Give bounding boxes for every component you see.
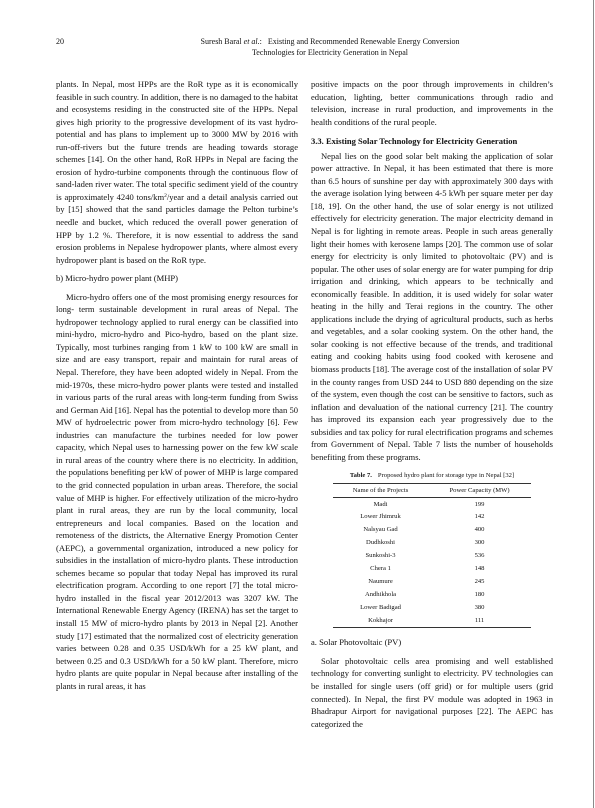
power-capacity: 199 <box>428 498 531 511</box>
page-edge-divider <box>593 0 594 808</box>
power-capacity: 536 <box>428 550 531 563</box>
project-name: Andhikhola <box>333 589 428 602</box>
table-7: Table 7.Proposed hydro plant for storage… <box>311 471 553 628</box>
table-caption-text: Proposed hydro plant for storage type in… <box>378 472 514 479</box>
project-name: Madi <box>333 498 428 511</box>
power-capacity: 245 <box>428 576 531 589</box>
power-capacity: 142 <box>428 511 531 524</box>
project-name: Kokhajor <box>333 614 428 627</box>
table-row: Dudhkoshi300 <box>333 537 531 550</box>
left-paragraph-2: Micro-hydro offers one of the most promi… <box>56 291 298 693</box>
power-capacity: 111 <box>428 614 531 627</box>
table-caption: Table 7.Proposed hydro plant for storage… <box>311 471 553 480</box>
column-header-capacity: Power Capacity (MW) <box>428 484 531 498</box>
header-separator: : <box>260 37 262 46</box>
table-row: Andhikhola180 <box>333 589 531 602</box>
header-title-line2: Technologies for Electricity Generation … <box>120 48 540 59</box>
project-name: Naumure <box>333 576 428 589</box>
section-heading-solar: 3.3. Existing Solar Technology for Elect… <box>311 135 553 148</box>
subheading-solar-pv: a. Solar Photovoltaic (PV) <box>311 636 553 649</box>
project-name: Sunkoshi-3 <box>333 550 428 563</box>
table-row: Lower Jhimruk142 <box>333 511 531 524</box>
running-header: Suresh Baral et al.: Existing and Recomm… <box>120 37 540 58</box>
running-header-line1: Suresh Baral et al.: Existing and Recomm… <box>120 37 540 48</box>
project-name: Chera 1 <box>333 563 428 576</box>
project-name: Lower Jhimruk <box>333 511 428 524</box>
project-name: Dudhkoshi <box>333 537 428 550</box>
right-paragraph-3: Solar photovoltaic cells area promising … <box>311 655 553 730</box>
table-row: Madi199 <box>333 498 531 511</box>
left-p1-text: plants. In Nepal, most HPPs are the RoR … <box>56 79 298 202</box>
power-capacity: 300 <box>428 537 531 550</box>
power-capacity: 148 <box>428 563 531 576</box>
left-p1-tail: /year and a detail analysis carried out … <box>56 192 298 265</box>
table-row: Kokhajor111 <box>333 614 531 627</box>
header-title-line1: Existing and Recommended Renewable Energ… <box>268 37 460 46</box>
table-row: Chera 1148 <box>333 563 531 576</box>
header-authors: Suresh Baral <box>201 37 242 46</box>
power-capacity: 180 <box>428 589 531 602</box>
power-capacity: 380 <box>428 602 531 615</box>
column-header-project: Name of the Projects <box>333 484 428 498</box>
table-row: Sunkoshi-3536 <box>333 550 531 563</box>
project-name: Nalsyau Gad <box>333 524 428 537</box>
power-capacity: 400 <box>428 524 531 537</box>
table-row: Nalsyau Gad400 <box>333 524 531 537</box>
left-paragraph-1: plants. In Nepal, most HPPs are the RoR … <box>56 78 298 266</box>
table-header-row: Name of the Projects Power Capacity (MW) <box>333 484 531 498</box>
project-name: Lower Badigad <box>333 602 428 615</box>
header-et-al: et al. <box>244 37 260 46</box>
hydro-plant-table: Name of the Projects Power Capacity (MW)… <box>333 483 531 628</box>
right-paragraph-1: positive impacts on the poor through imp… <box>311 78 553 128</box>
table-label: Table 7. <box>350 472 372 479</box>
right-column: positive impacts on the poor through imp… <box>311 78 553 730</box>
table-row: Lower Badigad380 <box>333 602 531 615</box>
left-column: plants. In Nepal, most HPPs are the RoR … <box>56 78 298 692</box>
right-paragraph-2: Nepal lies on the good solar belt making… <box>311 150 553 464</box>
table-row: Naumure245 <box>333 576 531 589</box>
page-number: 20 <box>56 37 64 46</box>
subheading-micro-hydro: b) Micro-hydro power plant (MHP) <box>56 272 298 285</box>
